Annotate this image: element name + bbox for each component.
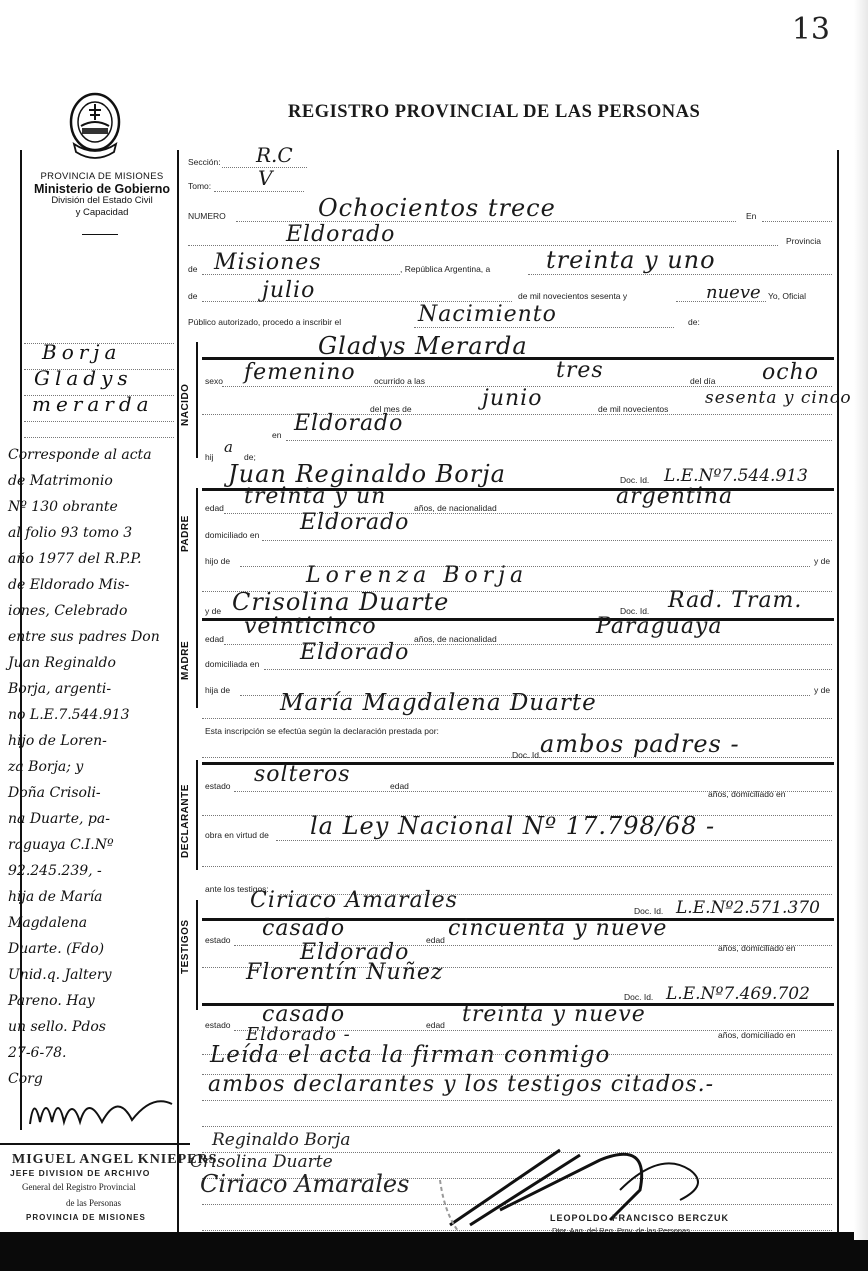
testigo1-edad-value: cincuenta y nueve [448, 916, 667, 941]
closing-line-2: ambos declarantes y los testigos citados… [208, 1072, 714, 1097]
tomo-value: V [258, 166, 272, 190]
coat-of-arms-icon [66, 92, 124, 164]
closing-line-1: Leída el acta la firman conmigo [210, 1042, 610, 1068]
fecha-dia-value: treinta y uno [546, 246, 716, 274]
margin-note-line: hijo de Loren- [8, 733, 107, 749]
margin-note-line: 92.245.239, - [8, 863, 102, 879]
margin-note-line: raguaya C.I.Nº [8, 837, 114, 853]
seccion-value: R.C [256, 143, 293, 167]
margin-note-line: al folio 93 tomo 3 [8, 525, 132, 541]
signature-ciriaco: Ciriaco Amarales [200, 1170, 409, 1198]
anio-value: sesenta y cinco [705, 388, 852, 408]
nacido-nombre-value: Gladys Merarda [318, 332, 528, 360]
margin-note-line: Duarte. (Fdo) [8, 941, 104, 957]
stamp-left-role: JEFE DIVISION DE ARCHIVO [10, 1168, 150, 1178]
hija-de-label: hija de [205, 685, 230, 695]
testigo2-edad-label: edad [426, 1020, 445, 1030]
margin-surname: Borja [42, 340, 121, 364]
bottom-divider [0, 1143, 190, 1145]
padre-madre-value: Lorenza Borja [306, 563, 528, 588]
sexo-value: femenino [244, 360, 356, 385]
margin-note-line: hija de María [8, 889, 103, 905]
madre-doc-value: Rad. Tram. [668, 588, 802, 613]
margin-note-line: Doña Crisoli- [8, 785, 101, 801]
declarante-estado-value: solteros [254, 762, 350, 787]
seccion-label: Sección: [188, 157, 221, 167]
del-dia-label: del día [690, 376, 716, 386]
stamp-right-name: LEOPOLDO FRANCISCO BERCZUK [550, 1213, 729, 1223]
testigo2-doc-label: Doc. Id. [624, 992, 653, 1002]
right-border [837, 150, 839, 1240]
de-colon-label: de: [688, 317, 700, 327]
madre-nombre-value: Crisolina Duarte [232, 588, 449, 616]
fecha-anio-value: nueve [706, 282, 761, 303]
margin-note-line: 27-6-78. [8, 1045, 66, 1061]
margin-note-line: un sello. Pdos [8, 1019, 106, 1035]
margin-note-line: entre sus padres Don [8, 629, 160, 645]
stamp-left-name: MIGUEL ANGEL KNIEPERS [12, 1152, 217, 1168]
declarante-edad-label: edad [390, 781, 409, 791]
numero-label: NUMERO [188, 211, 226, 221]
fecha-mes-value: julio [262, 278, 315, 303]
margin-note-line: iones, Celebrado [8, 603, 127, 619]
margin-note-line: no L.E.7.544.913 [8, 707, 130, 723]
declarante-por-value: ambos padres - [540, 730, 740, 758]
madre-nacionalidad-value: Paraguaya [596, 614, 722, 639]
margin-note-line: za Borja; y [8, 759, 83, 775]
section-tag-testigos: TESTIGOS [180, 919, 191, 974]
madre-edad-value: veinticinco [244, 614, 377, 639]
margin-note-line: Unid.q. Jaltery [8, 967, 112, 983]
obra-label: obra en virtud de [205, 830, 269, 840]
margin-signature-icon [22, 1084, 182, 1134]
margin-note-line: Borja, argenti- [8, 681, 111, 697]
en-small-label: en [272, 430, 281, 440]
padre-domicilio-value: Eldorado [300, 510, 409, 535]
testigo2-doc-value: L.E.Nº7.469.702 [666, 984, 810, 1004]
tomo-label: Tomo: [188, 181, 211, 191]
page-number: 13 [792, 12, 830, 47]
testigo1-estado-value: casado [262, 916, 345, 941]
testigo2-estado-label: estado [205, 1020, 231, 1030]
testigo1-estado-label: estado [205, 935, 231, 945]
madre-madre-value: María Magdalena Duarte [280, 690, 597, 716]
madre-y-de-label-2: y de [814, 685, 830, 695]
stamp-left-province: PROVINCIA DE MISIONES [26, 1213, 146, 1222]
publico-label: Público autorizado, procedo a inscribir … [188, 317, 341, 327]
testigo1-edad-label: edad [426, 935, 445, 945]
margin-note-line: de Eldorado Mis- [8, 577, 129, 593]
declarante-obra-value: la Ley Nacional Nº 17.798/68 - [310, 812, 715, 840]
section-tag-declarante: DECLARANTE [180, 784, 191, 858]
declarante-anos-label: años, domiciliado en [708, 789, 786, 799]
padre-domicilio-label: domiciliado en [205, 530, 259, 540]
republica-label: , República Argentina, a [400, 264, 490, 274]
hij-label: hij [205, 452, 214, 462]
margin-given-name-2: merarda [32, 392, 154, 416]
division-label-2: y Capacidad [22, 207, 182, 219]
testigo2-anos-label: años, domiciliado en [718, 1030, 796, 1040]
yo-oficial-label: Yo, Oficial [768, 291, 806, 301]
lugar-inscripcion-value: Eldorado [286, 222, 395, 247]
ocurrido-label: ocurrido a las [374, 376, 425, 386]
stamp-left-org-2: de las Personas [66, 1198, 121, 1208]
madre-domicilio-value: Eldorado [300, 640, 409, 665]
de-mil-label: de mil novecientos sesenta y [518, 291, 627, 301]
testigo1-nombre-value: Ciriaco Amarales [250, 888, 458, 913]
testigo1-doc-value: L.E.Nº2.571.370 [676, 898, 820, 918]
de-mil-nov-label: de mil novecientos [598, 404, 668, 414]
signature-reginaldo: Reginaldo Borja [212, 1130, 350, 1150]
numero-value: Ochocientos trece [318, 194, 556, 222]
padre-edad-label: edad [205, 503, 224, 513]
stamp-left-org: General del Registro Provincial [22, 1182, 136, 1192]
margin-note-line: de Matrimonio [8, 473, 113, 489]
testigo2-edad-value: treinta y nueve [462, 1002, 646, 1027]
hijo-de-label: hijo de [205, 556, 230, 566]
scan-edge-right [854, 0, 868, 1240]
madre-anos-label: años, de nacionalidad [414, 634, 497, 644]
scan-edge-shadow [0, 1232, 868, 1271]
margin-note-line: Juan Reginaldo [8, 655, 116, 671]
margin-note-line: Magdalena [8, 915, 87, 931]
mes-value: junio [482, 386, 542, 411]
declarante-estado-label: estado [205, 781, 231, 791]
hora-value: tres [556, 358, 604, 383]
provincia-label: Provincia [786, 236, 821, 246]
provincia-value: Misiones [214, 250, 322, 275]
hij-suffix-value: a [224, 438, 233, 456]
section-tag-nacido: NACIDO [180, 384, 191, 426]
declarante-doc-label: Doc. Id. [512, 750, 541, 760]
section-tag-madre: MADRE [180, 641, 191, 680]
section-tag-padre: PADRE [180, 515, 191, 552]
ministry-label: Ministerio de Gobierno [22, 183, 182, 195]
padre-edad-value: treinta y un [244, 484, 386, 509]
margin-note-line: Corresponde al acta [8, 447, 152, 463]
padre-doc-value: L.E.Nº7.544.913 [664, 466, 808, 486]
madre-y-de-label: y de [205, 606, 221, 616]
division-label-1: División del Estado Civil [22, 195, 182, 207]
en-label: En [746, 211, 756, 221]
margin-note-line: Pareno. Hay [8, 993, 95, 1009]
madre-edad-label: edad [205, 634, 224, 644]
testigo1-doc-label: Doc. Id. [634, 906, 663, 916]
padre-anos-label: años, de nacionalidad [414, 503, 497, 513]
inscripcion-label: Esta inscripción se efectúa según la dec… [205, 726, 439, 736]
dia-value: ocho [762, 360, 819, 385]
tipo-inscripcion-value: Nacimiento [418, 302, 557, 327]
lugar-nacimiento-value: Eldorado [294, 411, 403, 436]
margin-given-name-1: Gladys [34, 366, 133, 390]
de-label-2: de [188, 291, 197, 301]
madre-domicilio-label: domiciliada en [205, 659, 259, 669]
testigo2-nombre-value: Florentín Nuñez [246, 960, 444, 985]
testigo1-anos-label: años, domiciliado en [718, 943, 796, 953]
margin-note-line: año 1977 del R.P.P. [8, 551, 142, 567]
issuer-block: PROVINCIA DE MISIONES Ministerio de Gobi… [22, 171, 182, 219]
sexo-label: sexo [205, 376, 223, 386]
de-label: de [188, 264, 197, 274]
padre-nacionalidad-value: argentina [616, 484, 733, 509]
margin-note-line: na Duarte, pa- [8, 811, 110, 827]
margin-note-line: Nº 130 obrante [8, 499, 118, 515]
y-de-label: y de [814, 556, 830, 566]
document-title: REGISTRO PROVINCIAL DE LAS PERSONAS [288, 102, 700, 123]
